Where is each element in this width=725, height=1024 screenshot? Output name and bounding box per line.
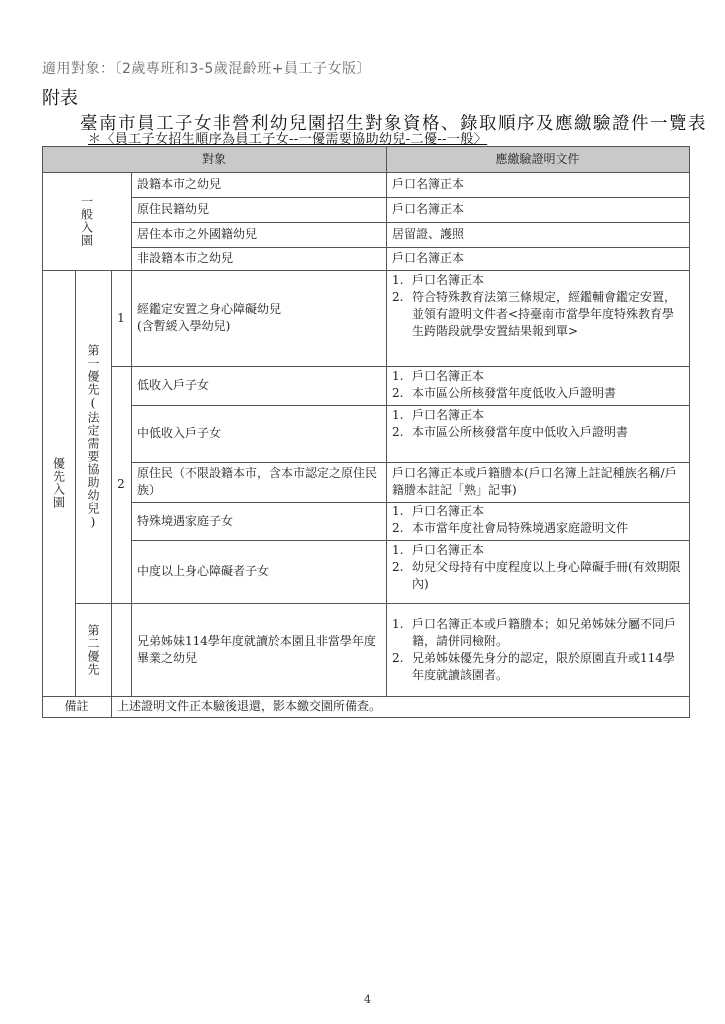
table-row-docs: 1.戶口名簿正本 2.本市區公所核發當年度低收入戶證明書 (392, 368, 686, 405)
divider (131, 540, 689, 541)
table-row-target: 非設籍本市之幼兒 (137, 247, 386, 270)
table-row-target: 原住民籍幼兒 (137, 197, 386, 222)
divider (386, 146, 387, 696)
divider (131, 462, 689, 463)
table-row-target: 設籍本市之幼兒 (137, 172, 386, 197)
table-row-docs: 居留證、護照 (392, 222, 689, 247)
table-row-target: 原住民（不限設籍本市，含本市認定之原住民族） (137, 462, 386, 502)
table-row-target: 中低收入戶子女 (137, 405, 386, 462)
tier-number: 1 (111, 270, 131, 366)
table-row-target: 低收入戶子女 (137, 366, 386, 405)
table-row-target: 特殊境遇家庭子女 (137, 502, 386, 540)
table-row-target: 中度以上身心障礙者子女 (137, 540, 386, 603)
divider (42, 172, 689, 173)
table-border-top (42, 146, 689, 147)
column-header-target: 對象 (42, 146, 386, 172)
divider (42, 696, 689, 697)
table-row-docs: 戶口名簿正本 (392, 172, 689, 197)
divider (131, 502, 689, 503)
table-row-docs: 1.戶口名簿正本或戶籍謄本；如兄弟姊妹分屬不同戶籍，請併同檢附。 2.兄弟姊妹優… (392, 603, 686, 696)
table-row-docs: 1.戶口名簿正本 2.本市區公所核發當年度中低收入戶證明書 (392, 407, 686, 462)
divider (131, 197, 689, 198)
note-label: 備註 (42, 696, 111, 717)
divider (75, 603, 689, 604)
priority-group-label: 優先入園 (42, 270, 75, 696)
table-row-target: 兄弟姊妹114學年度就讀於本園且非當學年度畢業之幼兒 (137, 603, 386, 696)
general-group-label: 一般入園 (42, 172, 131, 270)
table-row-target: 居住本市之外國籍幼兒 (137, 222, 386, 247)
second-priority-label: 第二優先 (75, 603, 111, 696)
table-row-docs: 戶口名簿正本 (392, 197, 689, 222)
divider (131, 247, 689, 248)
table-border-bottom (42, 717, 690, 718)
divider (42, 270, 689, 271)
table-row-target: 經鑑定安置之身心障礙幼兒 (含暫緩入學幼兒) (137, 270, 386, 366)
table-row-docs: 戶口名簿正本或戶籍謄本(戶口名簿上註記種族名稱/戶籍謄本註記「熟」記事) (392, 462, 686, 502)
table-border-left (42, 146, 43, 717)
page-number: 4 (364, 993, 371, 1006)
divider (75, 270, 76, 696)
table-border-right (689, 146, 690, 717)
column-header-documents: 應繳驗證明文件 (386, 146, 689, 172)
document-subtitle: ＊〈員工子女招生順序為員工子女--一優需要協助幼兒-二優--一般〉 (88, 128, 487, 147)
divider (131, 222, 689, 223)
divider (131, 405, 689, 406)
note-text: 上述證明文件正本驗後退還，影本繳交園所備查。 (117, 696, 689, 717)
divider (111, 366, 689, 367)
table-row-docs: 1.戶口名簿正本 2.符合特殊教育法第三條規定，經鑑輔會鑑定安置，並領有證明文件… (392, 272, 686, 366)
appendix-label: 附表 (42, 84, 78, 110)
table-row-docs: 1.戶口名簿正本 2.幼兒父母持有中度程度以上身心障礙手冊(有效期限內) (392, 542, 686, 603)
scope-label: 適用對象：〔2歲專班和3-5歲混齡班+員工子女版〕 (42, 58, 371, 78)
divider (131, 172, 132, 696)
divider (111, 270, 112, 717)
tier-number: 2 (111, 366, 131, 603)
table-row-docs: 戶口名簿正本 (392, 247, 689, 270)
table-row-docs: 1.戶口名簿正本 2.本市當年度社會局特殊境遇家庭證明文件 (392, 503, 686, 540)
first-priority-label: 第一優先(法定需要協助幼兒) (75, 270, 111, 603)
